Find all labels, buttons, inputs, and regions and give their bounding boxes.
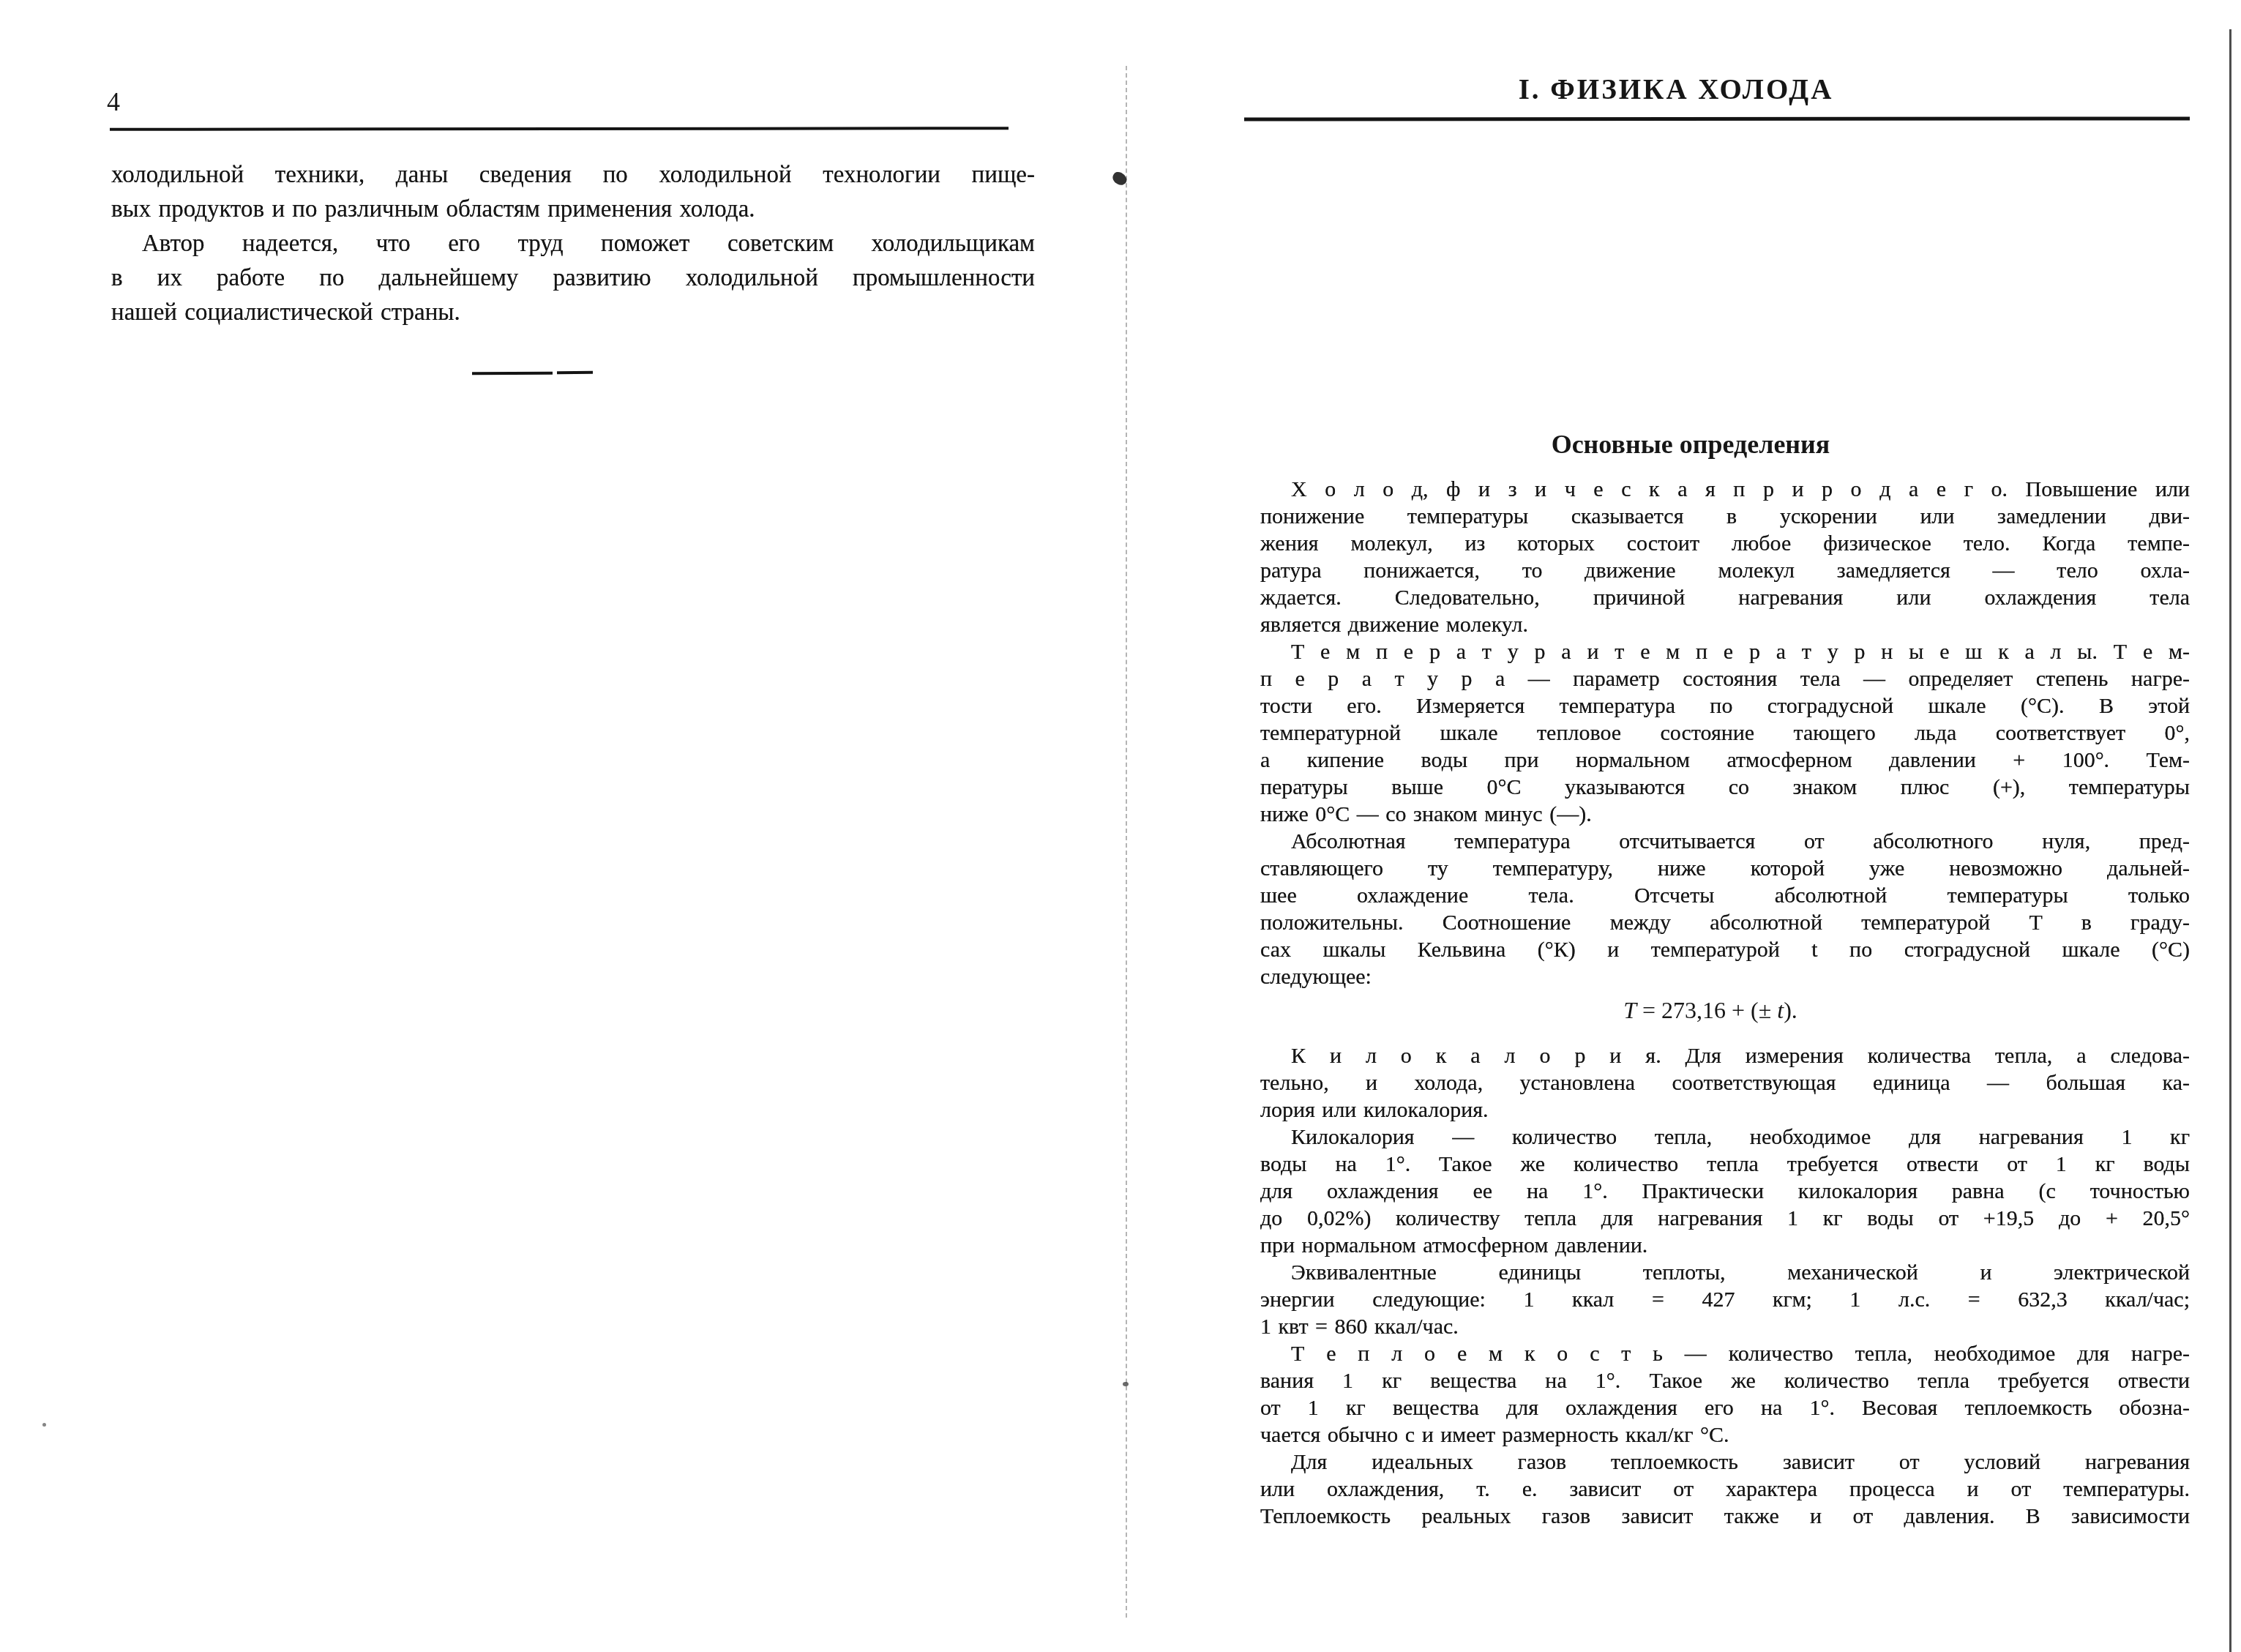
section-title: Основные определения: [1260, 429, 2121, 460]
text-line: вых продуктов и по различным областям пр…: [111, 193, 1035, 227]
page-edge-line: [2229, 29, 2231, 1652]
ink-speck: [1123, 1382, 1129, 1386]
text-line: жения молекул, из которых состоит любое …: [1260, 530, 2190, 557]
text-line: является движение молекул.: [1260, 611, 2190, 638]
text-line: Теплоемкость реальных газов зависит такж…: [1260, 1503, 2190, 1530]
text-line: ратура понижается, то движение молекул з…: [1260, 557, 2190, 584]
chapter-header: I. ФИЗИКА ХОЛОДА: [1244, 73, 2108, 106]
text-line: холодильной техники, даны сведения по хо…: [111, 158, 1035, 193]
text-line: вания 1 кг вещества на 1°. Такое же коли…: [1260, 1367, 2190, 1394]
text-line: в их работе по дальнейшему развитию холо…: [111, 261, 1035, 296]
body-text-block-upper: Х о л о д, ф и з и ч е с к а я п р и р о…: [1260, 476, 2190, 990]
text-line: энергии следующие: 1 ккал = 427 кгм; 1 л…: [1260, 1286, 2190, 1313]
text-line: а кипение воды при нормальном атмосферно…: [1260, 747, 2190, 774]
chapter-header-rule: [1244, 116, 2190, 121]
book-scan-spread: { "page_left": { "page_number": "4", "li…: [0, 0, 2241, 1652]
text-line: понижение температуры сказывается в уско…: [1260, 503, 2190, 530]
text-line: Абсолютная температура отсчитывается от …: [1260, 828, 2190, 855]
text-line: ждается. Следовательно, причиной нагрева…: [1260, 584, 2190, 611]
section-end-divider: [472, 372, 553, 375]
text-line: тости его. Измеряется температура по сто…: [1260, 692, 2190, 720]
formula-body: = 273,16 + (±: [1636, 997, 1777, 1023]
page-number-rule: [110, 127, 1009, 131]
text-line: К и л о к а л о р и я. Для измерения кол…: [1260, 1042, 2190, 1069]
text-line: Килокалория — количество тепла, необходи…: [1260, 1124, 2190, 1151]
text-line: Т е м п е р а т у р а и т е м п е р а т …: [1260, 638, 2190, 665]
text-line: пературы выше 0°С указываются со знаком …: [1260, 774, 2190, 801]
text-line: шее охлаждение тела. Отсчеты абсолютной …: [1260, 882, 2190, 909]
text-line: Для идеальных газов теплоемкость зависит…: [1260, 1449, 2190, 1476]
text-line: Т е п л о е м к о с т ь — количество теп…: [1260, 1340, 2190, 1367]
text-line: Х о л о д, ф и з и ч е с к а я п р и р о…: [1260, 476, 2190, 503]
section-end-divider-segment: [557, 371, 593, 374]
text-line: температурной шкале тепловое состояние т…: [1260, 720, 2190, 747]
text-line: Автор надеется, что его труд поможет сов…: [111, 227, 1035, 261]
text-line: п е р а т у р а — параметр состояния тел…: [1260, 665, 2190, 692]
text-line: 1 квт = 860 ккал/час.: [1260, 1313, 2190, 1340]
text-line: при нормальном атмосферном давлении.: [1260, 1232, 2190, 1259]
text-line: воды на 1°. Такое же количество тепла тр…: [1260, 1151, 2190, 1178]
text-line: или охлаждения, т. е. зависит от характе…: [1260, 1476, 2190, 1503]
text-line: нашей социалистической страны.: [111, 296, 1035, 330]
text-line: Эквивалентные единицы теплоты, механичес…: [1260, 1259, 2190, 1286]
page-number: 4: [107, 86, 121, 117]
text-line: тельно, и холода, установлена соответств…: [1260, 1069, 2190, 1096]
formula-variable-t: t: [1777, 997, 1784, 1023]
text-line: следующее:: [1260, 963, 2190, 990]
text-line: чается обычно c и имеет размерность ккал…: [1260, 1421, 2190, 1449]
temperature-formula: T = 273,16 + (± t).: [1260, 997, 2160, 1024]
text-line: для охлаждения ее на 1°. Практически кил…: [1260, 1178, 2190, 1205]
text-line: лория или килокалория.: [1260, 1096, 2190, 1124]
preface-text-block: холодильной техники, даны сведения по хо…: [111, 158, 1035, 330]
text-line: до 0,02%) количеству тепла для нагревани…: [1260, 1205, 2190, 1232]
text-line: ставляющего ту температуру, ниже которой…: [1260, 855, 2190, 882]
ink-speck: [42, 1423, 46, 1427]
text-line: ниже 0°С — со знаком минус (—).: [1260, 801, 2190, 828]
text-line: сах шкалы Кельвина (°К) и температурой t…: [1260, 936, 2190, 963]
text-line: положительны. Соотношение между абсолютн…: [1260, 909, 2190, 936]
text-line: от 1 кг вещества для охлаждения его на 1…: [1260, 1394, 2190, 1421]
formula-close: ).: [1784, 997, 1797, 1023]
body-text-block-lower: К и л о к а л о р и я. Для измерения кол…: [1260, 1042, 2190, 1530]
formula-variable-T: T: [1623, 997, 1636, 1023]
